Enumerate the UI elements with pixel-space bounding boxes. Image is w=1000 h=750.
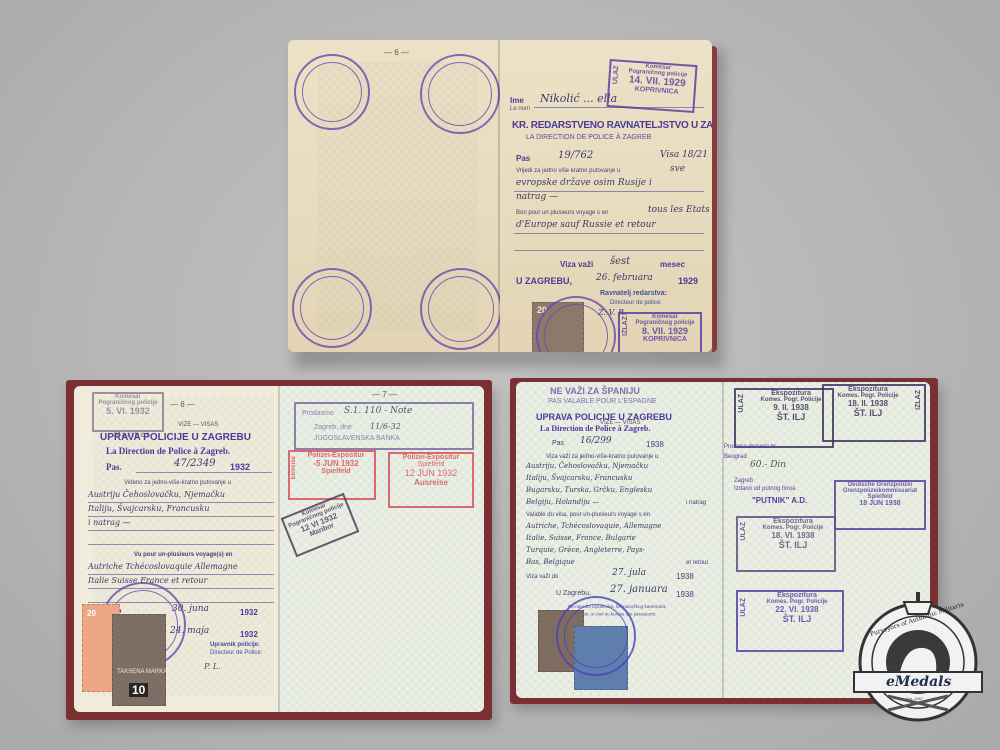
stamp-place: Spielfeld xyxy=(298,468,374,475)
vu-line: Vu pour un-plusieurs voyage(s) en xyxy=(134,552,232,558)
emedals-watermark-logo: eMedals Purveyors of Authentic Militaria… xyxy=(848,588,988,728)
authority-title: UPRAVA POLICIJE U ZAGREBU xyxy=(100,432,251,443)
valid-line: Vrijedi za jedno više kratno putovanje u xyxy=(516,168,620,174)
passport-top: — 6 — Ime Le nom Nikolić ... ella KR. RE… xyxy=(288,40,718,358)
police-seal-stamp xyxy=(420,54,500,134)
stamp-side: ULAZ xyxy=(740,522,747,541)
police-seal-stamp xyxy=(294,54,370,130)
stamp-date: 9. II. 1938 xyxy=(750,403,832,412)
valable-handwriting: Italie, Suisse, France, Bulgarie xyxy=(526,534,636,542)
page-number: — 6 — xyxy=(170,400,195,409)
bank-stamp-value: 11/6-32 xyxy=(370,422,401,431)
restriction-notice: NE VAŽI ZA ŠPANIJU xyxy=(550,386,640,396)
passport-left: — 6 — Komesar Pograničnog policije 5. VI… xyxy=(66,380,492,720)
border-stamp-entry: ULAZ Ekspozitura Komes. Pogr. Policije 9… xyxy=(734,388,834,448)
natrag-label: i natrag xyxy=(686,500,706,506)
stamp-place: ŠT. ILJ xyxy=(750,412,832,422)
bon-handwriting: d'Europe sauf Russie et retour xyxy=(516,220,656,230)
border-stamp-exit: IZLAZ Komesar Pograničnog policije 8. VI… xyxy=(618,312,702,352)
page-number: — 7 — xyxy=(372,390,397,399)
name-label: Ime xyxy=(510,96,524,105)
valable-line: Valable du visa, pour un-plusieurs voyag… xyxy=(526,512,650,518)
emedals-brand-text: eMedals xyxy=(886,674,951,690)
police-seal-stamp xyxy=(292,268,372,348)
german-border-police-stamp: Deutsche Grenzpolizei Grenzpolizeikommis… xyxy=(834,480,926,530)
valid-handwriting: Italiju, Švajcarsku, Francusku xyxy=(88,504,210,513)
stamp-side: IZLAZ xyxy=(915,390,922,410)
emedals-established: Est. 1987 xyxy=(906,696,923,701)
authority-title-fr: La Direction de Police à Zagreb. xyxy=(106,446,230,456)
border-stamp-entry: ULAZ Ekspozitura Komes. Pogr. Policije 2… xyxy=(736,590,844,652)
stamp-title: Ekspozitura xyxy=(750,390,832,397)
putnik-agency: "PUTNIK" A.D. xyxy=(752,496,807,505)
stamp-title: Ekspozitura xyxy=(752,592,842,599)
austrian-entry-stamp: Einreise Polizei-Expositur -5 JUN 1932 S… xyxy=(288,450,376,500)
director-label: Upravnik policije: xyxy=(210,642,260,648)
stamp-title: Polizei-Expositur xyxy=(390,454,472,461)
vu-handwriting: Autriche Tchécoslovaquie Allemagne xyxy=(88,562,238,571)
passport-year: 1932 xyxy=(230,462,250,472)
stamp-side: ULAZ xyxy=(740,598,747,617)
bank-stamp-value: S.1. 110 - Note xyxy=(344,406,412,416)
bank-name: JUGOSLAVENSKA BANKA xyxy=(314,435,400,442)
name-value: Nikolić ... ella xyxy=(540,92,617,105)
putnik-stamp-text: Izdano od putnog biroa xyxy=(734,486,795,492)
viza-handwriting: Bugarsku, Turska, Grčku, Englesku xyxy=(526,486,652,494)
stamp-date: 12 JUN 1932 xyxy=(390,468,472,478)
passport-number: 19/762 xyxy=(558,150,593,161)
viza-handwriting: Austriju, Čehoslovačku, Njemačku xyxy=(526,462,648,470)
director-label: Ravnatelj redarstva: xyxy=(600,290,667,297)
stamp-place: ŠT. ILJ xyxy=(752,540,834,550)
passport-top-left-page: — 6 — xyxy=(288,40,500,352)
bank-stamp-label: Prodasmo xyxy=(302,410,334,417)
director-label-fr: Directeur de police: xyxy=(610,300,662,306)
viza-handwriting: Italiju, Švajcarsku, Francusku xyxy=(526,474,632,482)
stamp-side: Ausreise xyxy=(390,478,472,487)
viza-handwriting: Belgiju, Holandiju — xyxy=(526,498,599,506)
stamp-date: -5 JUN 1932 xyxy=(298,459,374,468)
revenue-stamp-value: 20 xyxy=(87,609,96,618)
issue-date: 26. februara xyxy=(596,273,653,283)
stamp-date: 18 JUN 1938 xyxy=(836,500,924,507)
stamp-date: 22. VI. 1938 xyxy=(752,605,842,614)
valid-handwriting: Austriju Čehoslovačku, Njemačku xyxy=(88,490,225,499)
valid-handwriting: i natrag — xyxy=(88,518,131,527)
border-stamp-exit: IZLAZ Ekspozitura Komes. Pogr. Policije … xyxy=(822,384,926,442)
stamp-place: Spielfeld xyxy=(390,461,472,468)
stamp-side: ULAZ xyxy=(738,394,745,413)
valable-handwriting: Turquie, Grèce, Angleterre, Pays- xyxy=(526,546,645,554)
valable-handwriting: Bas, Belgique xyxy=(526,558,575,566)
valid-line: Videno za jedno-više-kratno putovanje u xyxy=(124,480,231,486)
page-number: — 6 — xyxy=(384,48,409,57)
stamp-side: IZLAZ xyxy=(622,316,629,336)
bon-line: Bon pour un plusieurs voyage s en xyxy=(516,210,608,216)
passport-left-left-page: — 6 — Komesar Pograničnog policije 5. VI… xyxy=(74,386,280,712)
valid-until-label: Viza važi do xyxy=(526,574,558,580)
passport-number: 47/2349 xyxy=(174,458,216,469)
putnik-stamp-text: Beograd xyxy=(724,454,747,460)
director-label-fr: Directeur de Police: xyxy=(210,650,262,656)
putnik-stamp-text: Prodana dozvola br. xyxy=(724,444,777,450)
city-label: U ZAGREBU, xyxy=(516,276,572,286)
revenue-stamp-10: TAKSENA MARKA 10 xyxy=(112,614,166,706)
issue-date: 27. januara xyxy=(610,584,668,595)
bon-handwriting: tous les Etats xyxy=(648,205,710,215)
revenue-stamp-label: TAKSENA MARKA xyxy=(117,669,167,675)
stamp-title: Ekspozitura xyxy=(752,518,834,525)
stamp-place: KOPRIVNICA xyxy=(630,336,700,343)
police-seal-stamp xyxy=(556,596,636,676)
viza-line: Viza važi za jedno-više-kratno putovanje… xyxy=(546,454,658,460)
passport-label: Pas xyxy=(516,154,530,163)
passport-label: Pas xyxy=(552,440,564,447)
passport-note: Visa 18/21 xyxy=(660,150,708,160)
issue-year: 1938 xyxy=(676,590,694,599)
austrian-exit-stamp: Polizei-Expositur Spielfeld 12 JUN 1932 … xyxy=(388,452,474,508)
issue-year: 1929 xyxy=(678,276,698,286)
viza-value: šest xyxy=(610,256,630,267)
border-stamp-maribor: Komesar Pograničnog policije 5. VI. 1932 xyxy=(92,392,164,432)
stamp-title: Polizei-Expositur xyxy=(298,452,374,459)
restriction-notice-fr: PAS VALABLE POUR L'ESPAGNE xyxy=(548,398,657,405)
city-label: U Zagrebu, xyxy=(556,590,591,597)
police-seal-stamp xyxy=(420,268,500,350)
passport-top-right-page: Ime Le nom Nikolić ... ella KR. REDARSTV… xyxy=(500,40,712,352)
passport-label: Pas. xyxy=(106,462,122,472)
passport-number: 16/299 xyxy=(580,436,612,446)
stamp-place: ŠT. ILJ xyxy=(752,614,842,624)
passport-year: 1938 xyxy=(646,440,664,449)
valid-until-value: 27. jula xyxy=(612,568,646,578)
border-stamp-entry: ULAZ Ekspozitura Komes. Pogr. Policije 1… xyxy=(736,516,836,572)
valid-until-year: 1932 xyxy=(240,608,258,617)
issue-year: 1932 xyxy=(240,630,258,639)
valid-handwriting: evropske države osim Rusije i xyxy=(516,178,652,188)
stamp-date: 18. VI. 1938 xyxy=(752,531,834,540)
viza-label: Viza važi xyxy=(560,260,593,269)
section-heading: VIZE — VISAS xyxy=(178,422,218,428)
emedals-crest-icon xyxy=(848,588,988,728)
valable-handwriting: Autriche, Tchécoslovaquie, Allemagne xyxy=(526,522,661,530)
valid-handwriting: natrag — xyxy=(516,192,558,202)
stamp-date: 5. VI. 1932 xyxy=(94,406,162,416)
border-stamp-entry: ULAZ Komesar Pograničnog policije 14. VI… xyxy=(606,59,697,113)
stamp-side: ULAZ xyxy=(612,65,620,84)
et-retour-label: et retour. xyxy=(686,560,710,566)
stamp-title: Ekspozitura xyxy=(824,386,912,393)
stamp-side: Einreise xyxy=(291,456,297,479)
stamp-date: 8. VII. 1929 xyxy=(630,326,700,336)
director-note: P. L. xyxy=(204,662,221,671)
passport-left-right-page: — 7 — Prodasmo S.1. 110 - Note Zagreb, d… xyxy=(280,386,484,712)
bank-stamp-label: Zagreb, dne xyxy=(314,424,352,431)
authority-title: KR. REDARSTVENO RAVNATELJSTVO U ZAGREBU xyxy=(512,120,712,131)
stamp-date: 18. II. 1938 xyxy=(824,399,912,408)
authority-title-fr: LA DIRECTION DE POLICE À ZAGREB xyxy=(526,134,651,141)
passport-right-left-page: NE VAŽI ZA ŠPANIJU PAS VALABLE POUR L'ES… xyxy=(516,382,724,698)
valid-until-year: 1938 xyxy=(676,572,694,581)
valid-handwriting: sve xyxy=(670,164,685,174)
viza-unit: mesec xyxy=(660,260,685,269)
revenue-stamp-value: 10 xyxy=(129,683,148,697)
putnik-stamp-value: 60.- Din xyxy=(750,460,786,470)
name-label-fr: Le nom xyxy=(510,106,530,112)
section-heading: VIZE — VISAS xyxy=(600,420,640,426)
stamp-place: ŠT. ILJ xyxy=(824,408,912,418)
putnik-stamp-text: Zagreb xyxy=(734,478,753,484)
bank-stamp: Prodasmo S.1. 110 - Note Zagreb, dne 11/… xyxy=(294,402,474,450)
